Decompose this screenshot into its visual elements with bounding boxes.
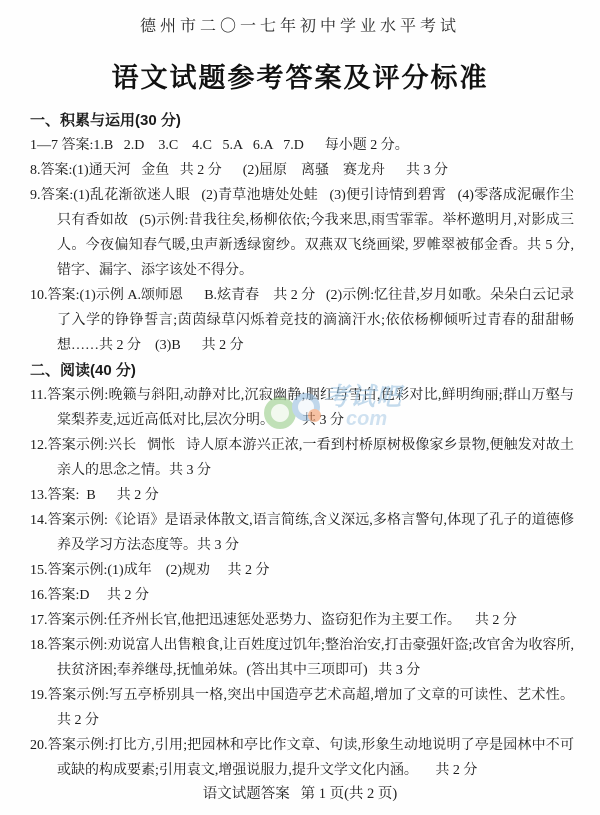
answers-content: 一、积累与运用(30 分) 1—7 答案:1.B 2.D 3.C 4.C 5.A… <box>30 108 574 783</box>
answer-item-9: 9.答案:(1)乱花渐欲迷人眼 (2)青草池塘处处蛙 (3)便引诗情到碧霄 (4… <box>30 183 574 283</box>
answer-item-1-7: 1—7 答案:1.B 2.D 3.C 4.C 5.A 6.A 7.D 每小题 2… <box>30 133 574 158</box>
answer-item-18: 18.答案示例:劝说富人出售粮食,让百姓度过饥年;整治治安,打击豪强奸盗;改官舍… <box>30 633 574 683</box>
answer-item-11: 11.答案示例:晚籁与斜阳,动静对比,沉寂幽静;胭红与雪白,色彩对比,鲜明绚丽;… <box>30 383 574 433</box>
answer-item-13: 13.答案: B 共 2 分 <box>30 483 574 508</box>
section-1-heading: 一、积累与运用(30 分) <box>30 108 574 133</box>
answer-item-15: 15.答案示例:(1)成年 (2)规劝 共 2 分 <box>30 558 574 583</box>
answer-item-14: 14.答案示例:《论语》是语录体散文,语言简练,含义深远,多格言警句,体现了孔子… <box>30 508 574 558</box>
page-title: 语文试题参考答案及评分标准 <box>0 56 600 95</box>
answer-key-page: 德州市二〇一七年初中学业水平考试 语文试题参考答案及评分标准 一、积累与运用(3… <box>0 0 600 815</box>
answer-item-10: 10.答案:(1)示例 A.颂师恩 B.炫青春 共 2 分 (2)示例:忆往昔,… <box>30 283 574 358</box>
page-footer: 语文试题答案 第 1 页(共 2 页) <box>0 782 600 803</box>
answer-item-12: 12.答案示例:兴长 惆怅 诗人原本游兴正浓,一看到村桥原树极像家乡景物,便触发… <box>30 433 574 483</box>
answer-item-17: 17.答案示例:任齐州长官,他把迅速惩处恶势力、盗窃犯作为主要工作。 共 2 分 <box>30 608 574 633</box>
section-2-heading: 二、阅读(40 分) <box>30 358 574 383</box>
exam-title: 德州市二〇一七年初中学业水平考试 <box>0 0 600 36</box>
answer-item-20: 20.答案示例:打比方,引用;把园林和亭比作文章、句读,形象生动地说明了亭是园林… <box>30 733 574 783</box>
answer-item-16: 16.答案:D 共 2 分 <box>30 583 574 608</box>
answer-item-8: 8.答案:(1)通天河 金鱼 共 2 分 (2)屈原 离骚 赛龙舟 共 3 分 <box>30 158 574 183</box>
answer-item-19: 19.答案示例:写五亭桥别具一格,突出中国造亭艺术高超,增加了文章的可读性、艺术… <box>30 683 574 733</box>
